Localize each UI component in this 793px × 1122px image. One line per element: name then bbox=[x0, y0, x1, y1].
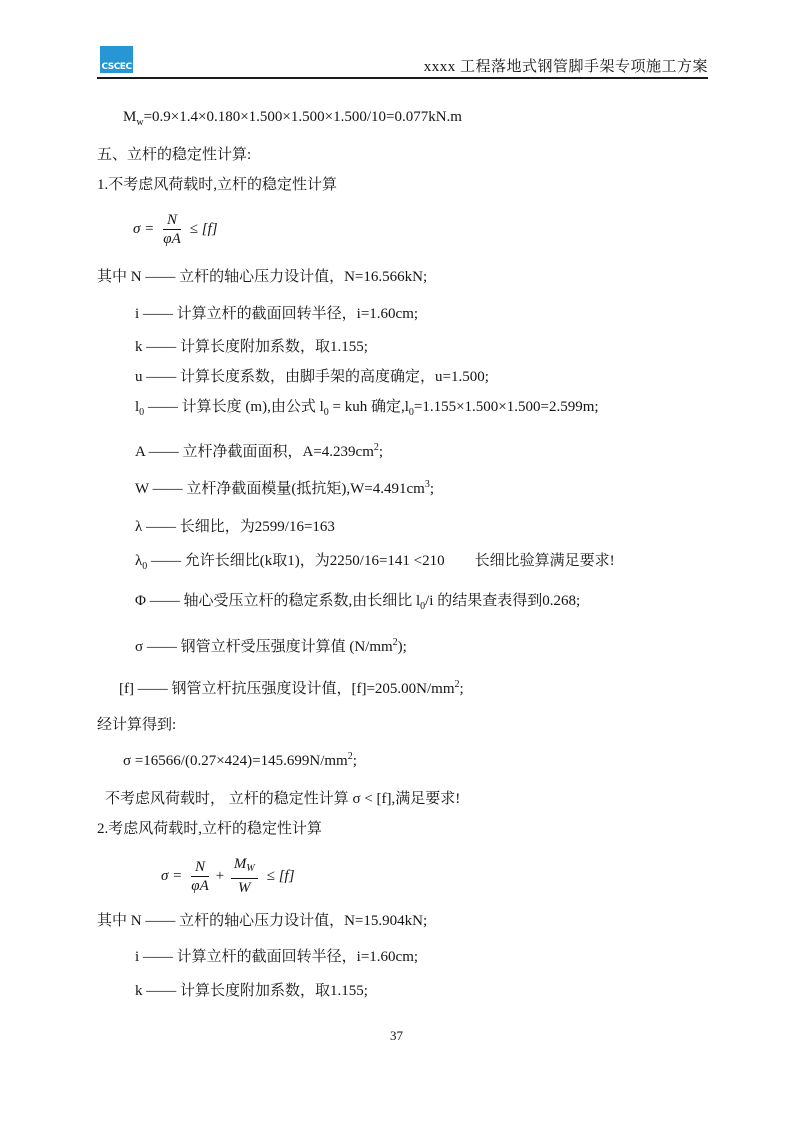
numerator-text: N bbox=[167, 212, 177, 228]
line-subsection-1: 1.不考虑风荷载时,立杆的稳定性计算 bbox=[97, 176, 719, 195]
line-conclusion-1: 不考虑风荷载时， 立杆的稳定性计算 σ < [f],满足要求! bbox=[97, 790, 719, 809]
formula-stability_no_wind: σ =NφA≤ [f] bbox=[97, 205, 719, 253]
text-segment: ; bbox=[430, 481, 434, 497]
text-segment: i —— 计算立杆的截面回转半径，i=1.60cm; bbox=[135, 949, 418, 965]
line-param-phi: Φ —— 轴心受压立杆的稳定系数,由长细比 l0/i 的结果查表得到0.268; bbox=[97, 592, 719, 611]
text-segment: M bbox=[123, 109, 136, 125]
text-segment: = kuh 确定,l bbox=[329, 399, 409, 415]
fraction-numerator: N bbox=[163, 212, 180, 230]
sub-segment: w bbox=[136, 117, 143, 128]
fraction-numerator: MW bbox=[231, 856, 258, 879]
text-segment: 其中 N —— 立杆的轴心压力设计值，N=15.904kN; bbox=[97, 913, 427, 929]
line-sigma-result: σ =16566/(0.27×424)=145.699N/mm2; bbox=[97, 752, 719, 771]
text-segment: 五、立杆的稳定性计算: bbox=[97, 147, 251, 163]
line-mw-moment-result: Mw=0.9×1.4×0.180×1.500×1.500×1.500/10=0.… bbox=[97, 108, 719, 127]
line-param-k-1: k —— 计算长度附加系数，取1.155; bbox=[97, 338, 719, 357]
fraction: MWW bbox=[231, 856, 258, 896]
line-param-N-1: 其中 N —— 立杆的轴心压力设计值，N=16.566kN; bbox=[97, 268, 719, 287]
header-divider bbox=[97, 77, 708, 79]
formula-rhs: ≤ [f] bbox=[190, 220, 218, 239]
text-segment: —— 计算长度 (m),由公式 l bbox=[144, 399, 324, 415]
formula-stability_wind: σ =NφA+MWW≤ [f] bbox=[97, 852, 719, 900]
formula-rhs: ≤ [f] bbox=[267, 867, 295, 886]
document-header-title: xxxx 工程落地式钢管脚手架专项施工方案 bbox=[424, 55, 708, 76]
text-segment: =0.9×1.4×0.180×1.500×1.500×1.500/10=0.07… bbox=[144, 109, 462, 125]
fraction-denominator: φA bbox=[191, 877, 208, 894]
line-param-l0: l0 —— 计算长度 (m),由公式 l0 = kuh 确定,l0=1.155×… bbox=[97, 398, 719, 417]
line-param-lambda0: λ0 —— 允许长细比(k取1)，为2250/16=141 <210 长细比验算… bbox=[97, 552, 719, 571]
text-segment: σ —— 钢管立杆受压强度计算值 (N/mm bbox=[135, 639, 393, 655]
text-segment: 1.不考虑风荷载时,立杆的稳定性计算 bbox=[97, 177, 337, 193]
text-segment: ); bbox=[398, 639, 407, 655]
formula-lhs: σ = bbox=[161, 867, 182, 886]
text-segment: 2.考虑风荷载时,立杆的稳定性计算 bbox=[97, 821, 322, 837]
text-segment: ; bbox=[379, 444, 383, 460]
cscec-logo: CSCEC bbox=[100, 46, 133, 73]
text-segment: u —— 计算长度系数，由脚手架的高度确定，u=1.500; bbox=[135, 369, 489, 385]
fraction-denominator: φA bbox=[163, 230, 180, 247]
text-segment: k —— 计算长度附加系数，取1.155; bbox=[135, 983, 368, 999]
text-segment: [f] —— 钢管立杆抗压强度设计值，[f]=205.00N/mm bbox=[119, 681, 455, 697]
line-param-N-2: 其中 N —— 立杆的轴心压力设计值，N=15.904kN; bbox=[97, 912, 719, 931]
text-segment: W —— 立杆净截面模量(抵抗矩),W=4.491cm bbox=[135, 481, 425, 497]
document-page: CSCEC xxxx 工程落地式钢管脚手架专项施工方案 Mw=0.9×1.4×0… bbox=[0, 0, 793, 1122]
document-body: Mw=0.9×1.4×0.180×1.500×1.500×1.500/10=0.… bbox=[97, 100, 719, 1001]
text-segment: i —— 计算立杆的截面回转半径，i=1.60cm; bbox=[135, 306, 418, 322]
plus-operator: + bbox=[215, 867, 225, 886]
numerator-text: M bbox=[234, 856, 247, 872]
fraction: NφA bbox=[163, 212, 180, 247]
line-section-heading-5: 五、立杆的稳定性计算: bbox=[97, 146, 719, 165]
line-param-k-2: k —— 计算长度附加系数，取1.155; bbox=[97, 982, 719, 1001]
text-segment: =1.155×1.500×1.500=2.599m; bbox=[414, 399, 599, 415]
page-number: 37 bbox=[0, 1028, 793, 1044]
text-segment: 其中 N —— 立杆的轴心压力设计值，N=16.566kN; bbox=[97, 269, 427, 285]
numerator-subscript: W bbox=[246, 863, 254, 874]
text-segment: —— 允许长细比(k取1)，为2250/16=141 <210 长细比验算满足要… bbox=[147, 553, 614, 569]
text-segment: 经计算得到: bbox=[97, 717, 176, 733]
text-segment: ; bbox=[460, 681, 464, 697]
line-param-lambda: λ —— 长细比，为2599/16=163 bbox=[97, 518, 719, 537]
line-calc-intro: 经计算得到: bbox=[97, 716, 719, 735]
line-param-f: [f] —— 钢管立杆抗压强度设计值，[f]=205.00N/mm2; bbox=[97, 680, 719, 699]
numerator-text: N bbox=[195, 859, 205, 875]
text-segment: 不考虑风荷载时， 立杆的稳定性计算 σ < [f],满足要求! bbox=[105, 791, 460, 807]
line-param-A: A —— 立杆净截面面积，A=4.239cm2; bbox=[97, 443, 719, 462]
text-segment: k —— 计算长度附加系数，取1.155; bbox=[135, 339, 368, 355]
text-segment: ; bbox=[353, 753, 357, 769]
formula-lhs: σ = bbox=[133, 220, 154, 239]
line-subsection-2: 2.考虑风荷载时,立杆的稳定性计算 bbox=[97, 820, 719, 839]
text-segment: σ =16566/(0.27×424)=145.699N/mm bbox=[123, 753, 348, 769]
text-segment: λ —— 长细比，为2599/16=163 bbox=[135, 519, 335, 535]
fraction: NφA bbox=[191, 859, 208, 894]
fraction-denominator: W bbox=[231, 879, 258, 896]
line-param-i-1: i —— 计算立杆的截面回转半径，i=1.60cm; bbox=[97, 305, 719, 324]
line-param-W: W —— 立杆净截面模量(抵抗矩),W=4.491cm3; bbox=[97, 480, 719, 499]
text-segment: /i 的结果查表得到0.268; bbox=[425, 593, 580, 609]
line-param-i-2: i —— 计算立杆的截面回转半径，i=1.60cm; bbox=[97, 948, 719, 967]
fraction-numerator: N bbox=[191, 859, 208, 877]
line-param-sigma: σ —— 钢管立杆受压强度计算值 (N/mm2); bbox=[97, 638, 719, 657]
line-param-u: u —— 计算长度系数，由脚手架的高度确定，u=1.500; bbox=[97, 368, 719, 387]
cscec-logo-text: CSCEC bbox=[101, 62, 131, 73]
text-segment: A —— 立杆净截面面积，A=4.239cm bbox=[135, 444, 374, 460]
text-segment: Φ —— 轴心受压立杆的稳定系数,由长细比 l bbox=[135, 593, 420, 609]
